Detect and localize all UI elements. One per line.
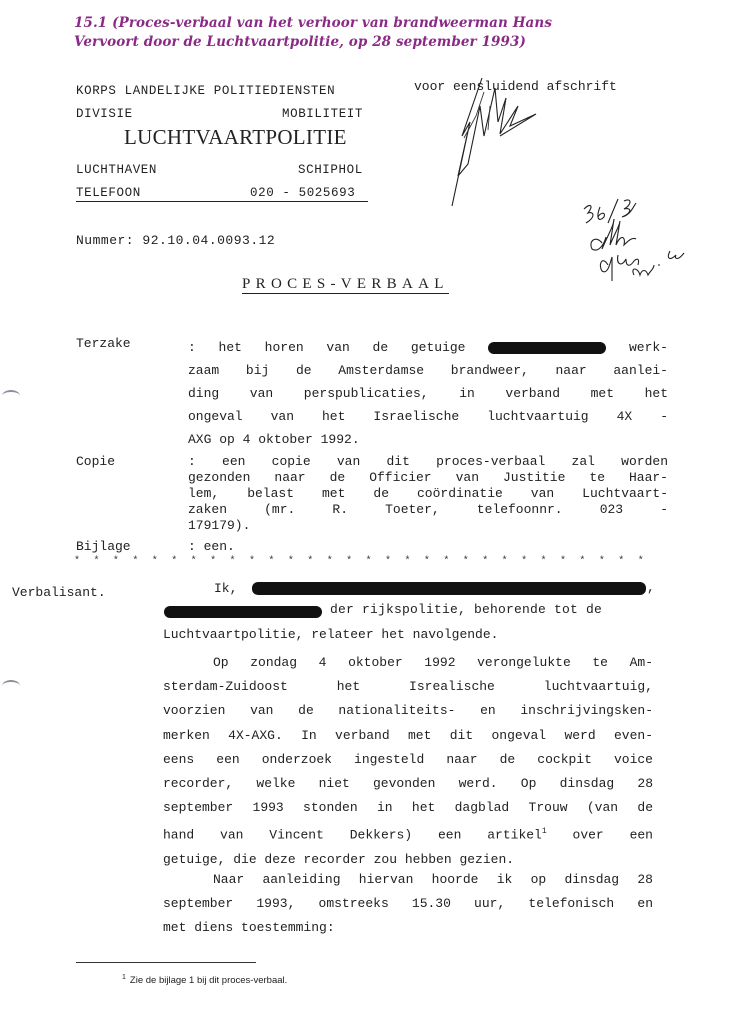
signature-icon: [440, 76, 540, 216]
redacted-name: [488, 342, 606, 354]
para2-line-2: september 1993, omstreeks 15.30 uur, tel…: [163, 892, 653, 916]
separator-star: *: [249, 556, 255, 567]
para1-line-8: hand van Vincent Dekkers) een artikel1 o…: [163, 820, 653, 848]
separator-star: *: [230, 556, 236, 567]
terzake-line-4: ongeval van het Israelische luchtvaartui…: [188, 405, 668, 428]
separator-star: *: [152, 556, 158, 567]
separator-star: *: [288, 556, 294, 567]
para1-line-3: voorzien van de nationaliteits- en insch…: [163, 699, 653, 723]
footnote-text: Zie de bijlage 1 bij dit proces-verbaal.: [130, 975, 287, 986]
separator-star: *: [560, 556, 566, 567]
separator-star: *: [93, 556, 99, 567]
separator-star: *: [346, 556, 352, 567]
letterhead-luchthaven-value: SCHIPHOL: [298, 163, 363, 177]
para1-line-1: Op zondag 4 oktober 1992 verongelukte te…: [163, 651, 653, 675]
copie-line-5: 179179).: [188, 518, 668, 534]
document-number: Nummer: 92.10.04.0093.12: [76, 233, 275, 248]
letterhead-divisie-label: DIVISIE: [76, 107, 133, 121]
separator-star: *: [541, 556, 547, 567]
letterhead-unit: LUCHTVAARTPOLITIE: [124, 125, 347, 150]
field-label-bijlage: Bijlage: [76, 539, 131, 554]
field-value-bijlage: : een.: [188, 539, 235, 554]
punch-hole-mark: [2, 680, 20, 692]
separator-star: *: [210, 556, 216, 567]
separator-star: *: [502, 556, 508, 567]
terzake-line-1: : het horen van de getuige werk-: [188, 336, 668, 359]
terzake-line-2: zaam bij de Amsterdamse brandweer, naar …: [188, 359, 668, 382]
separator-star: *: [404, 556, 410, 567]
terzake-text-1: : het horen van de getuige: [188, 340, 466, 355]
footnote-marker: 1: [122, 974, 126, 981]
copie-line-4: zaken (mr. R. Toeter, telefoonnr. 023 -: [188, 502, 668, 518]
para1-line-8a: hand van Vincent Dekkers) een artikel: [163, 828, 542, 843]
terzake-text-2: werk-: [629, 340, 668, 355]
terzake-line-5: AXG op 4 oktober 1992.: [188, 428, 668, 451]
punch-hole-mark: [2, 390, 20, 402]
para2-line-1: Naar aanleiding hiervan hoorde ik op din…: [163, 868, 653, 892]
redacted-officer-name: [252, 582, 646, 595]
intro-line-2: der rijkspolitie, behorende tot de: [330, 602, 602, 617]
comma: ,: [647, 580, 655, 595]
para1-line-4: merken 4X-AXG. In verband met dit ongeva…: [163, 724, 653, 748]
separator-stars: ******************************: [74, 556, 644, 567]
separator-star: *: [385, 556, 391, 567]
copie-line-2: gezonden naar de Officier van Justitie t…: [188, 470, 668, 486]
para2-line-3: met diens toestemming:: [163, 916, 653, 940]
separator-star: *: [132, 556, 138, 567]
footnote-divider: [76, 962, 256, 963]
footnote-reference[interactable]: 1: [542, 827, 547, 836]
terzake-line-3: ding van perspublicaties, in verband met…: [188, 382, 668, 405]
letterhead-telefoon-value: 020 - 5025693: [250, 186, 355, 200]
separator-star: *: [327, 556, 333, 567]
redacted-rank: [164, 606, 322, 618]
intro-line-3: Luchtvaartpolitie, relateer het navolgen…: [163, 627, 498, 642]
separator-star: *: [482, 556, 488, 567]
copie-line-3: lem, belast met de coördinatie van Lucht…: [188, 486, 668, 502]
footnote: 1Zie de bijlage 1 bij dit proces-verbaal…: [122, 974, 287, 986]
letterhead-telefoon-label: TELEFOON: [76, 186, 141, 200]
document-title: PROCES-VERBAAL: [242, 276, 449, 294]
separator-star: *: [521, 556, 527, 567]
separator-star: *: [366, 556, 372, 567]
para1-line-8b: over een: [573, 828, 653, 843]
separator-star: *: [307, 556, 313, 567]
separator-star: *: [443, 556, 449, 567]
separator-star: *: [463, 556, 469, 567]
letterhead-korps: KORPS LANDELIJKE POLITIEDIENSTEN: [76, 84, 335, 98]
separator-star: *: [191, 556, 197, 567]
para1-line-6: recorder, welke niet gevonden werd. Op d…: [163, 772, 653, 796]
separator-star: *: [74, 556, 80, 567]
paragraph-1: Op zondag 4 oktober 1992 verongelukte te…: [163, 651, 653, 872]
letterhead-luchthaven-label: LUCHTHAVEN: [76, 163, 157, 177]
para1-line-7: september 1993 stonden in het dagblad Tr…: [163, 796, 653, 820]
para1-line-5: eens een onderzoek ingesteld naar de coc…: [163, 748, 653, 772]
separator-star: *: [113, 556, 119, 567]
letterhead-divisie-value: MOBILITEIT: [282, 107, 363, 121]
separator-star: *: [599, 556, 605, 567]
separator-star: *: [171, 556, 177, 567]
separator-star: *: [638, 556, 644, 567]
caption-line-1: 15.1 (Proces-verbaal van het verhoor van…: [74, 14, 552, 33]
separator-star: *: [618, 556, 624, 567]
document-caption: 15.1 (Proces-verbaal van het verhoor van…: [74, 14, 552, 52]
handwritten-annotation-icon: [578, 195, 728, 285]
intro-ik: Ik,: [214, 581, 237, 596]
caption-line-2: Vervoort door de Luchtvaartpolitie, op 2…: [74, 33, 552, 52]
field-value-terzake: : het horen van de getuige werk- zaam bi…: [188, 336, 668, 451]
verbalisant-label: Verbalisant.: [12, 585, 106, 600]
separator-star: *: [579, 556, 585, 567]
field-label-copie: Copie: [76, 454, 115, 469]
para1-line-2: sterdam-Zuidoost het Isrealische luchtva…: [163, 675, 653, 699]
copie-line-1: : een copie van dit proces-verbaal zal w…: [188, 454, 668, 470]
paragraph-2: Naar aanleiding hiervan hoorde ik op din…: [163, 868, 653, 941]
separator-star: *: [424, 556, 430, 567]
separator-star: *: [268, 556, 274, 567]
field-label-terzake: Terzake: [76, 336, 131, 351]
field-value-copie: : een copie van dit proces-verbaal zal w…: [188, 454, 668, 534]
